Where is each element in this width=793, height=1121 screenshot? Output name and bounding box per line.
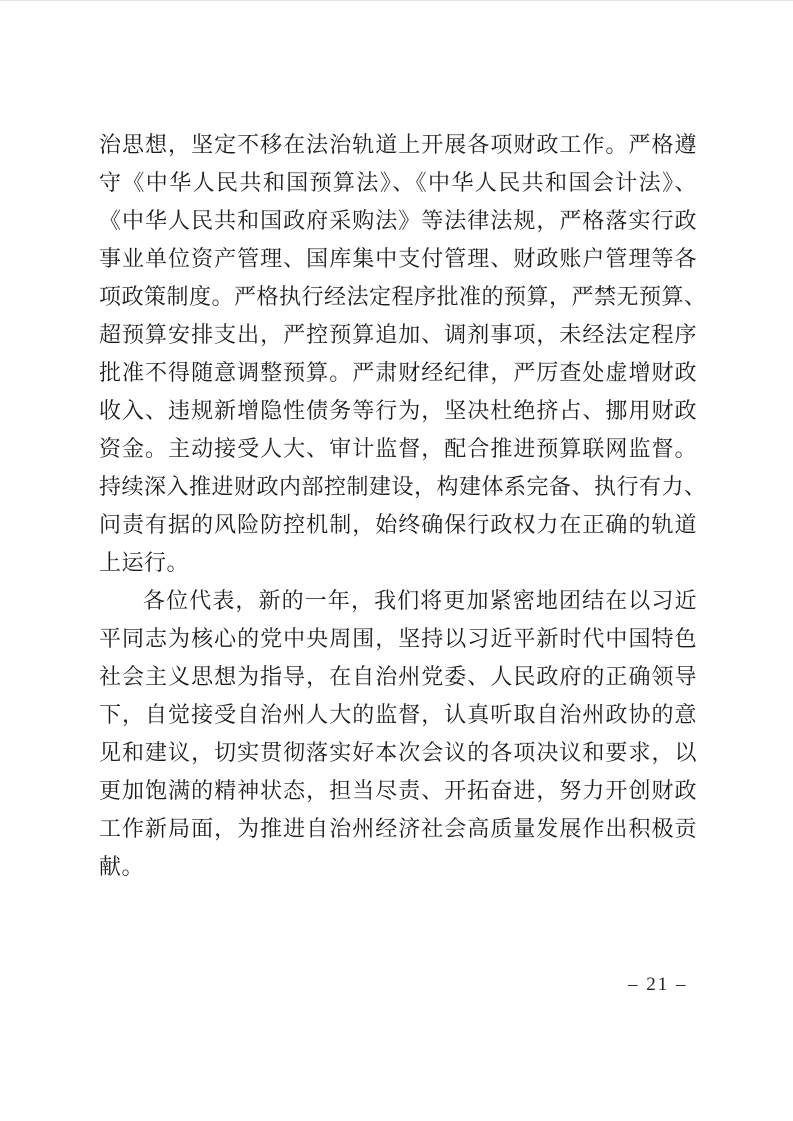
paragraph: 各位代表，新的一年，我们将更加紧密地团结在以习近平同志为核心的党中央周围，坚持以… [99,582,697,886]
paragraph: 治思想，坚定不移在法治轨道上开展各项财政工作。严格遵守《中华人民共和国预算法》、… [99,126,697,582]
text-line: 项政策制度。严格执行经法定程序批准的预算，严禁无预算、 [99,278,697,316]
text-line: 献。 [99,848,697,886]
text-line: 更加饱满的精神状态，担当尽责、开拓奋进，努力开创财政 [99,772,697,810]
page-number: – 21 – [628,972,698,998]
text-line: 工作新局面，为推进自治州经济社会高质量发展作出积极贡 [99,810,697,848]
text-line: 资金。主动接受人大、审计监督，配合推进预算联网监督。 [99,430,697,468]
text-line: 《中华人民共和国政府采购法》等法律法规，严格落实行政 [99,202,697,240]
text-line: 收入、违规新增隐性债务等行为，坚决杜绝挤占、挪用财政 [99,392,697,430]
text-line: 下，自觉接受自治州人大的监督，认真听取自治州政协的意 [99,696,697,734]
text-line: 持续深入推进财政内部控制建设，构建体系完备、执行有力、 [99,468,697,506]
text-line: 社会主义思想为指导，在自治州党委、人民政府的正确领导 [99,658,697,696]
text-line: 各位代表，新的一年，我们将更加紧密地团结在以习近 [99,582,697,620]
document-page: 治思想，坚定不移在法治轨道上开展各项财政工作。严格遵守《中华人民共和国预算法》、… [0,0,793,1121]
text-line: 超预算安排支出，严控预算追加、调剂事项，未经法定程序 [99,316,697,354]
text-line: 治思想，坚定不移在法治轨道上开展各项财政工作。严格遵 [99,126,697,164]
text-line: 事业单位资产管理、国库集中支付管理、财政账户管理等各 [99,240,697,278]
text-line: 上运行。 [99,544,697,582]
text-line: 问责有据的风险防控机制，始终确保行政权力在正确的轨道 [99,506,697,544]
text-line: 见和建议，切实贯彻落实好本次会议的各项决议和要求，以 [99,734,697,772]
text-line: 批准不得随意调整预算。严肃财经纪律，严厉查处虚增财政 [99,354,697,392]
document-body: 治思想，坚定不移在法治轨道上开展各项财政工作。严格遵守《中华人民共和国预算法》、… [99,126,697,886]
text-line: 平同志为核心的党中央周围，坚持以习近平新时代中国特色 [99,620,697,658]
text-line: 守《中华人民共和国预算法》、《中华人民共和国会计法》、 [99,164,697,202]
